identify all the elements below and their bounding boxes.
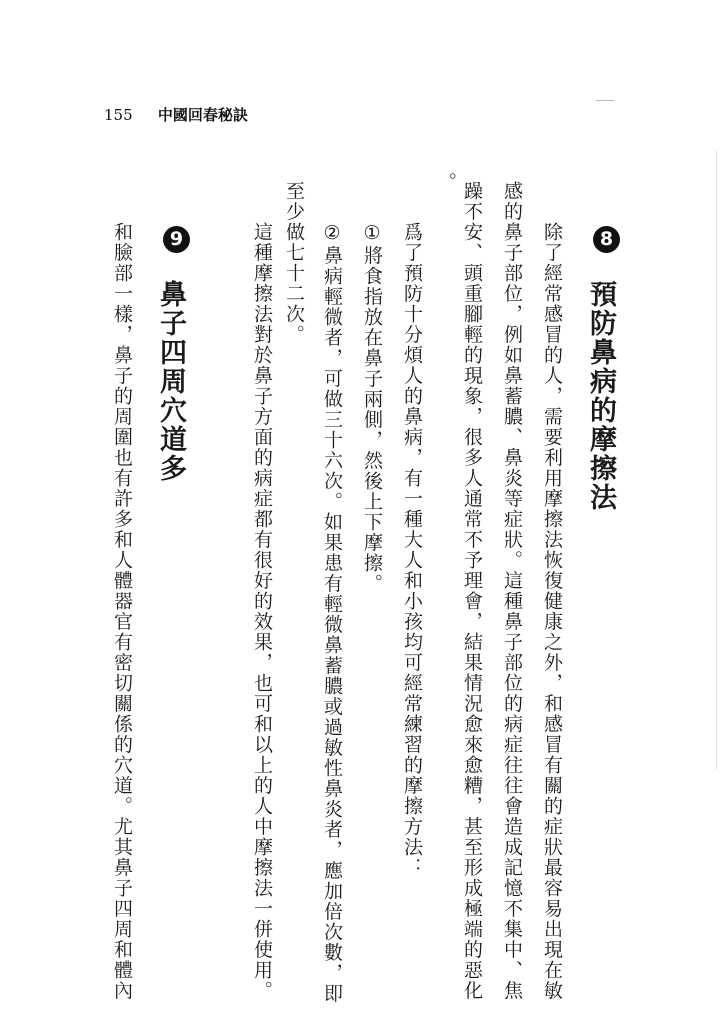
section-9-para1: 和臉部一樣，鼻子的周圍也有許多和人體器官有密切關係的穴道。尤其鼻子四周和體內 xyxy=(110,222,134,1001)
section-9-title: 鼻子四周穴道多 xyxy=(158,280,182,483)
section-8-number-badge: 8 xyxy=(593,226,620,253)
section-8-para3: 這種摩擦法對於鼻子方面的病症都有很好的效果，也可和以上的人中摩擦法一併使用。 xyxy=(250,222,274,1001)
section-8-para1-line4: 。 xyxy=(434,172,458,193)
book-title: 中國回春秘訣 xyxy=(158,106,248,124)
scan-edge-line xyxy=(716,150,717,770)
section-9-number-badge: 9 xyxy=(163,226,190,253)
section-8-step1: ①將食指放在鼻子兩側，然後上下摩擦。 xyxy=(360,222,384,594)
section-8-title: 預防鼻病的摩擦法 xyxy=(588,280,612,512)
section-8-para1-line1: 除了經常感冒的人，需要利用摩擦法恢復健康之外，和感冒有關的症狀最容易出現在敏 xyxy=(540,222,564,1001)
section-8-para1-line2: 感的鼻子部位，例如鼻蓄膿、鼻炎等症狀。這種鼻子部位的病症往往會造成記憶不集中、焦 xyxy=(500,181,524,1001)
section-8-step2-line2: 至少做七十二次。 xyxy=(282,181,306,345)
section-8-step2-line1: ②鼻病輕微者，可做三十六次。如果患有輕微鼻蓄膿或過敏性鼻炎者，應加倍次數，即 xyxy=(320,222,344,1004)
page-number: 155 xyxy=(104,106,133,124)
scan-artifact xyxy=(596,100,614,101)
section-8-para1-line3: 躁不安、頭重腳輕的現象，很多人通常不予理會，結果情況愈來愈糟，甚至形成極端的惡化 xyxy=(460,181,484,1001)
section-8-para2: 爲了預防十分煩人的鼻病，有一種大人和小孩均可經常練習的摩擦方法： xyxy=(400,222,424,878)
running-header: 155 中國回春秘訣 xyxy=(104,104,248,125)
